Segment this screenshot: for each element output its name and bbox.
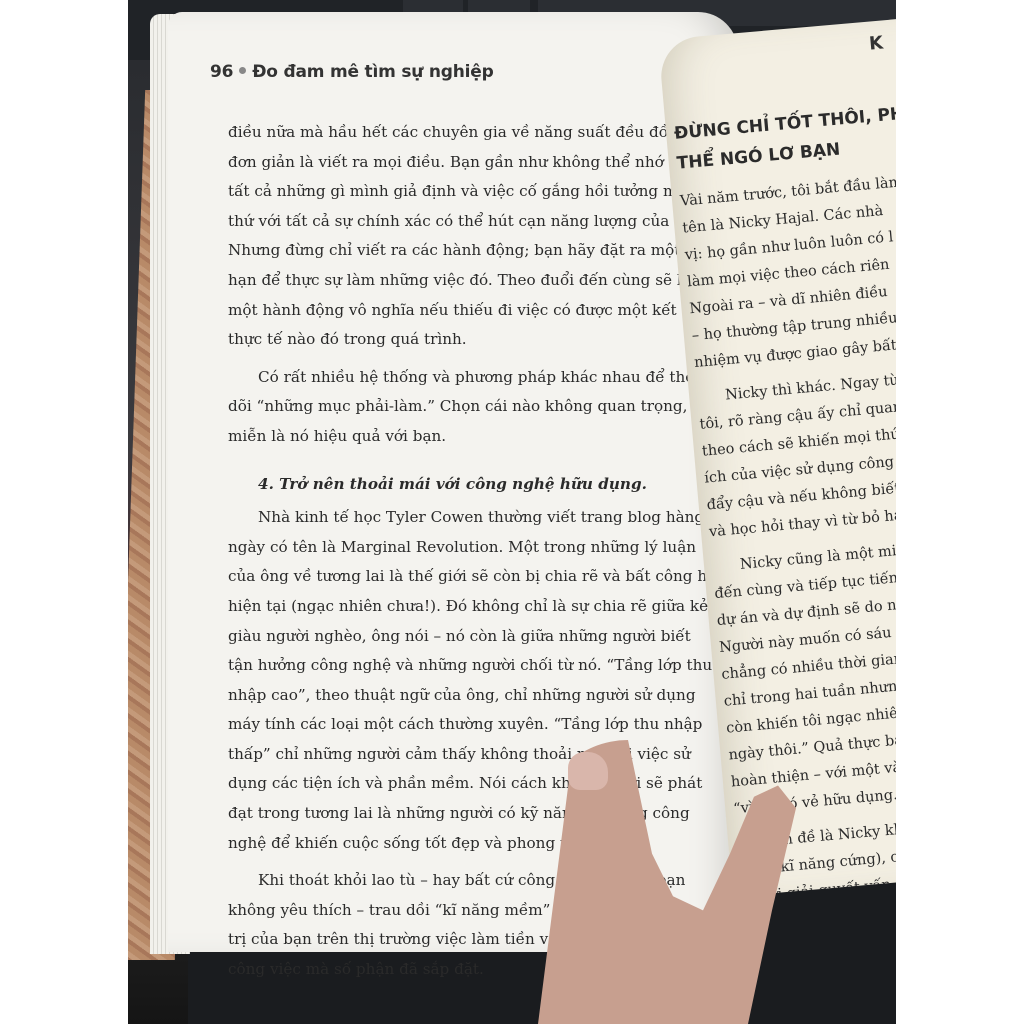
text-line: giàu người nghèo, ông nói – nó còn là gi… (228, 622, 683, 652)
section-title: ĐỪNG CHỈ TỐT THÔI, PHẢI RẤT THỂ NGÓ LƠ B… (673, 91, 896, 179)
text-line: đơn giản là viết ra mọi điều. Bạn gần nh… (228, 148, 683, 178)
text-line: thứ với tất cả sự chính xác có thể hút c… (228, 207, 683, 237)
text-line: Có rất nhiều hệ thống và phương pháp khá… (228, 363, 683, 393)
section-heading: 4. Trở nên thoải mái với công nghệ hữu d… (228, 470, 683, 500)
text-line: tất cả những gì mình giả định và việc cố… (228, 177, 683, 207)
text-line: tận hưởng công nghệ và những người chối … (228, 651, 683, 681)
text-line: dõi “những mục phải-làm.” Chọn cái nào k… (228, 392, 683, 422)
text-line: miễn là nó hiệu quả với bạn. (228, 422, 683, 452)
text-line: hiện tại (ngạc nhiên chưa!). Đó không ch… (228, 592, 683, 622)
text-line: ngày có tên là Marginal Revolution. Một … (228, 533, 683, 563)
chapter-title: Đo đam mê tìm sự nghiệp (252, 62, 493, 82)
thumbnail-nail (568, 752, 608, 790)
text-line: Nhà kinh tế học Tyler Cowen thường viết … (228, 503, 683, 533)
text-line: nhập cao”, theo thuật ngữ của ông, chỉ n… (228, 681, 683, 711)
text-line: hạn để thực sự làm những việc đó. Theo đ… (228, 266, 683, 296)
text-line: điều nữa mà hầu hết các chuyên gia về nă… (228, 118, 683, 148)
text-line: một hành động vô nghĩa nếu thiếu đi việc… (228, 296, 683, 326)
bullet-icon (239, 67, 246, 74)
running-head-fragment: K (868, 32, 884, 54)
text-line: của ông về tương lai là thế giới sẽ còn … (228, 562, 683, 592)
text-line: thực tế nào đó trong quá trình. (228, 325, 683, 355)
running-head: 96Đo đam mê tìm sự nghiệp (210, 62, 494, 82)
text-line: Nhưng đừng chỉ viết ra các hành động; bạ… (228, 236, 683, 266)
page-number: 96 (210, 62, 233, 82)
text-line: máy tính các loại một cách thường xuyên.… (228, 710, 683, 740)
book-photo: win alt 96Đo đam mê tìm sự nghiệp điều n… (128, 0, 896, 1024)
